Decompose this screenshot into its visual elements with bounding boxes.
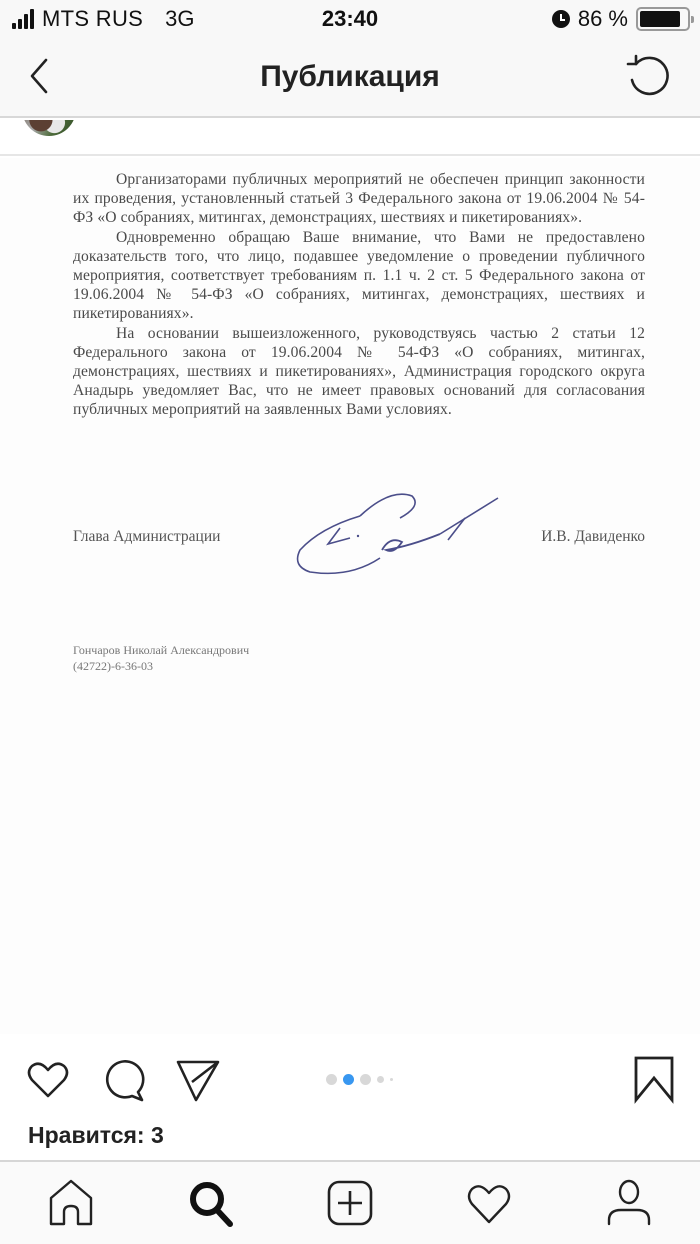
- post-author-strip: [0, 120, 700, 156]
- contact-name: Гончаров Николай Александрович: [73, 642, 249, 658]
- send-icon: [174, 1056, 222, 1104]
- post-image[interactable]: Организаторами публичных мероприятий не …: [0, 158, 700, 1034]
- document-paragraph: Организаторами публичных мероприятий не …: [73, 170, 645, 228]
- tab-home[interactable]: [46, 1178, 96, 1228]
- signatory-name: И.В. Давиденко: [541, 528, 645, 546]
- carousel-dot-active: [343, 1074, 354, 1085]
- status-bar: MTS RUS 3G 23:40 86 %: [0, 0, 700, 40]
- battery-percent: 86 %: [578, 6, 628, 32]
- home-icon: [46, 1178, 96, 1228]
- save-button[interactable]: [630, 1054, 678, 1102]
- alarm-icon: [552, 10, 570, 28]
- document-paragraph: На основании вышеизложенного, руководств…: [73, 324, 645, 420]
- comment-icon: [100, 1056, 148, 1104]
- tab-profile[interactable]: [604, 1178, 654, 1228]
- nav-header: Публикация: [0, 40, 700, 118]
- carousel-dot: [377, 1076, 384, 1083]
- bookmark-icon: [630, 1054, 678, 1104]
- tab-activity[interactable]: [464, 1178, 514, 1228]
- carousel-dot: [326, 1074, 337, 1085]
- tab-new-post[interactable]: [325, 1178, 375, 1228]
- signatory-title: Глава Администрации: [73, 528, 220, 546]
- profile-icon: [604, 1178, 654, 1228]
- refresh-icon: [624, 54, 672, 102]
- battery-icon: [636, 7, 690, 31]
- tab-search[interactable]: [186, 1178, 236, 1228]
- heart-icon: [24, 1056, 72, 1104]
- signature-icon: [290, 488, 510, 578]
- tab-bar: [0, 1160, 700, 1244]
- status-right: 86 %: [552, 6, 690, 32]
- post-action-bar: [0, 1034, 700, 1120]
- carousel-dot: [390, 1078, 393, 1081]
- share-button[interactable]: [174, 1056, 222, 1104]
- like-button[interactable]: [24, 1056, 72, 1104]
- carousel-indicator: [326, 1074, 393, 1085]
- contact-phone: (42722)-6-36-03: [73, 658, 249, 674]
- likes-count[interactable]: Нравится: 3: [28, 1122, 164, 1149]
- carousel-dot: [360, 1074, 371, 1085]
- page-title: Публикация: [0, 60, 700, 94]
- refresh-button[interactable]: [624, 54, 672, 102]
- document-paragraph: Одновременно обращаю Ваше внимание, что …: [73, 228, 645, 324]
- heart-icon: [464, 1178, 514, 1228]
- document-body: Организаторами публичных мероприятий не …: [73, 170, 645, 420]
- plus-square-icon: [325, 1178, 375, 1228]
- comment-button[interactable]: [100, 1056, 148, 1104]
- avatar[interactable]: [22, 120, 76, 136]
- contact-block: Гончаров Николай Александрович (42722)-6…: [73, 642, 249, 674]
- search-icon: [186, 1178, 236, 1228]
